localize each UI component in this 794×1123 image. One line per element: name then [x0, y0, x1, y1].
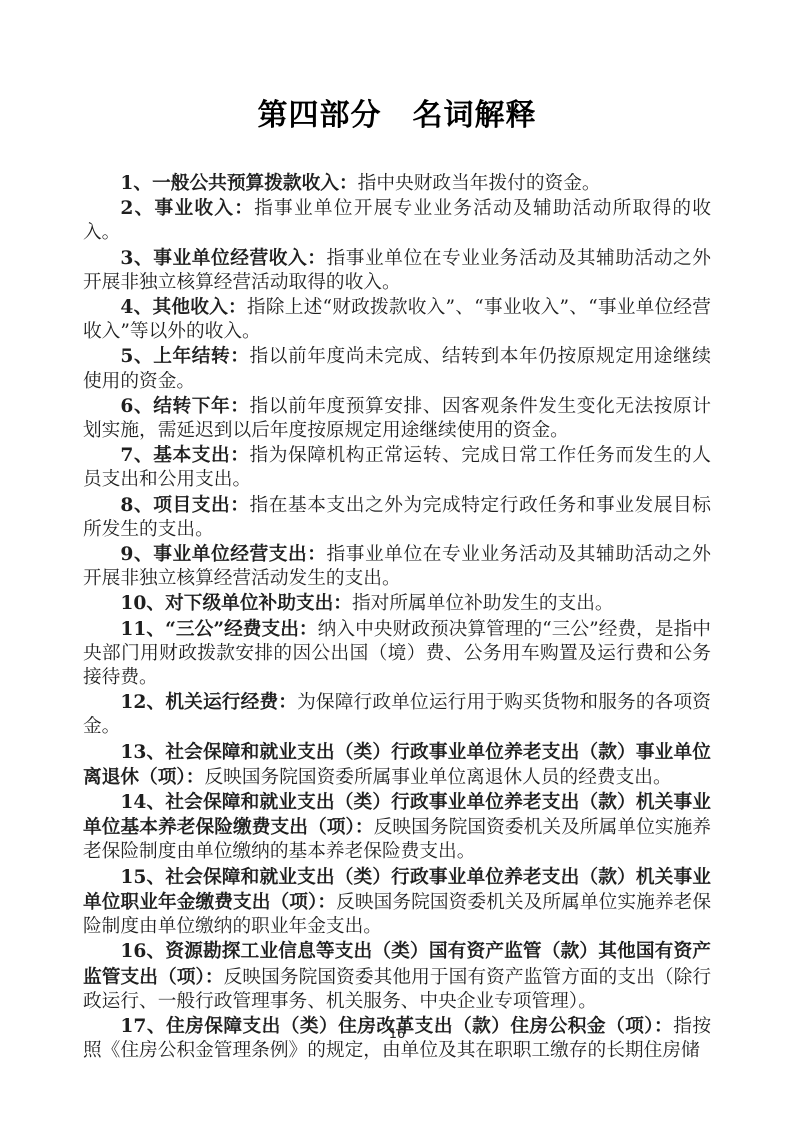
term-label: 1、一般公共预算拨款收入：: [120, 172, 357, 194]
term-label: 9、事业单位经营支出：: [120, 543, 326, 565]
glossary-item: 14、社会保障和就业支出（类）行政事业单位养老支出（款）机关事业单位基本养老保险…: [83, 790, 711, 865]
glossary-item: 1、一般公共预算拨款收入：指中央财政当年拨付的资金。: [83, 171, 711, 196]
page-number: 16: [0, 1027, 794, 1043]
glossary-item: 2、事业收入：指事业单位开展专业业务活动及辅助活动所取得的收入。: [83, 196, 711, 245]
glossary-item: 6、结转下年：指以前年度预算安排、因客观条件发生变化无法按原计划实施，需延迟到以…: [83, 394, 711, 443]
glossary-item: 15、社会保障和就业支出（类）行政事业单位养老支出（款）机关事业单位职业年金缴费…: [83, 865, 711, 940]
term-label: 6、结转下年：: [120, 395, 249, 417]
term-definition: 指对所属单位补助发生的支出。: [352, 593, 614, 614]
glossary-item: 16、资源勘探工业信息等支出（类）国有资产监管（款）其他国有资产监管支出（项）：…: [83, 939, 711, 1014]
glossary-item: 11、“三公”经费支出：纳入中央财政预决算管理的“三公”经费，是指中央部门用财政…: [83, 617, 711, 691]
term-label: 11、“三公”经费支出：: [120, 618, 317, 640]
glossary-item: 7、基本支出：指为保障机构正常运转、完成日常工作任务而发生的人员支出和公用支出。: [83, 443, 711, 492]
term-label: 7、基本支出：: [120, 444, 249, 466]
term-label: 12、机关运行经费：: [120, 691, 297, 713]
glossary-item: 12、机关运行经费：为保障行政单位运行用于购买货物和服务的各项资金。: [83, 690, 711, 739]
term-label: 8、项目支出：: [120, 494, 249, 516]
page-title: 第四部分 名词解释: [0, 0, 794, 133]
term-label: 5、上年结转：: [120, 345, 249, 367]
glossary-item: 4、其他收入：指除上述“财政拨款收入”、“事业收入”、“事业单位经营收入”等以外…: [83, 295, 711, 344]
glossary-item: 13、社会保障和就业支出（类）行政事业单位养老支出（款）事业单位离退休（项）：反…: [83, 740, 711, 790]
term-label: 10、对下级单位补助支出：: [120, 592, 352, 614]
glossary-item: 9、事业单位经营支出：指事业单位在专业业务活动及其辅助活动之外开展非独立核算经营…: [83, 542, 711, 591]
term-label: 3、事业单位经营收入：: [120, 247, 326, 269]
term-label: 2、事业收入：: [120, 197, 254, 219]
term-label: 4、其他收入：: [120, 296, 247, 318]
glossary-item: 3、事业单位经营收入：指事业单位在专业业务活动及其辅助活动之外开展非独立核算经营…: [83, 246, 711, 295]
term-definition: 反映国务院国资委所属事业单位离退休人员的经费支出。: [204, 767, 671, 788]
glossary-item: 10、对下级单位补助支出：指对所属单位补助发生的支出。: [83, 591, 711, 616]
glossary-item: 5、上年结转：指以前年度尚未完成、结转到本年仍按原规定用途继续使用的资金。: [83, 344, 711, 393]
document-page: 第四部分 名词解释 1、一般公共预算拨款收入：指中央财政当年拨付的资金。 2、事…: [0, 0, 794, 1123]
term-definition: 指中央财政当年拨付的资金。: [358, 173, 601, 194]
glossary-item: 8、项目支出：指在基本支出之外为完成特定行政任务和事业发展目标所发生的支出。: [83, 493, 711, 542]
glossary-content: 1、一般公共预算拨款收入：指中央财政当年拨付的资金。 2、事业收入：指事业单位开…: [83, 171, 711, 1063]
